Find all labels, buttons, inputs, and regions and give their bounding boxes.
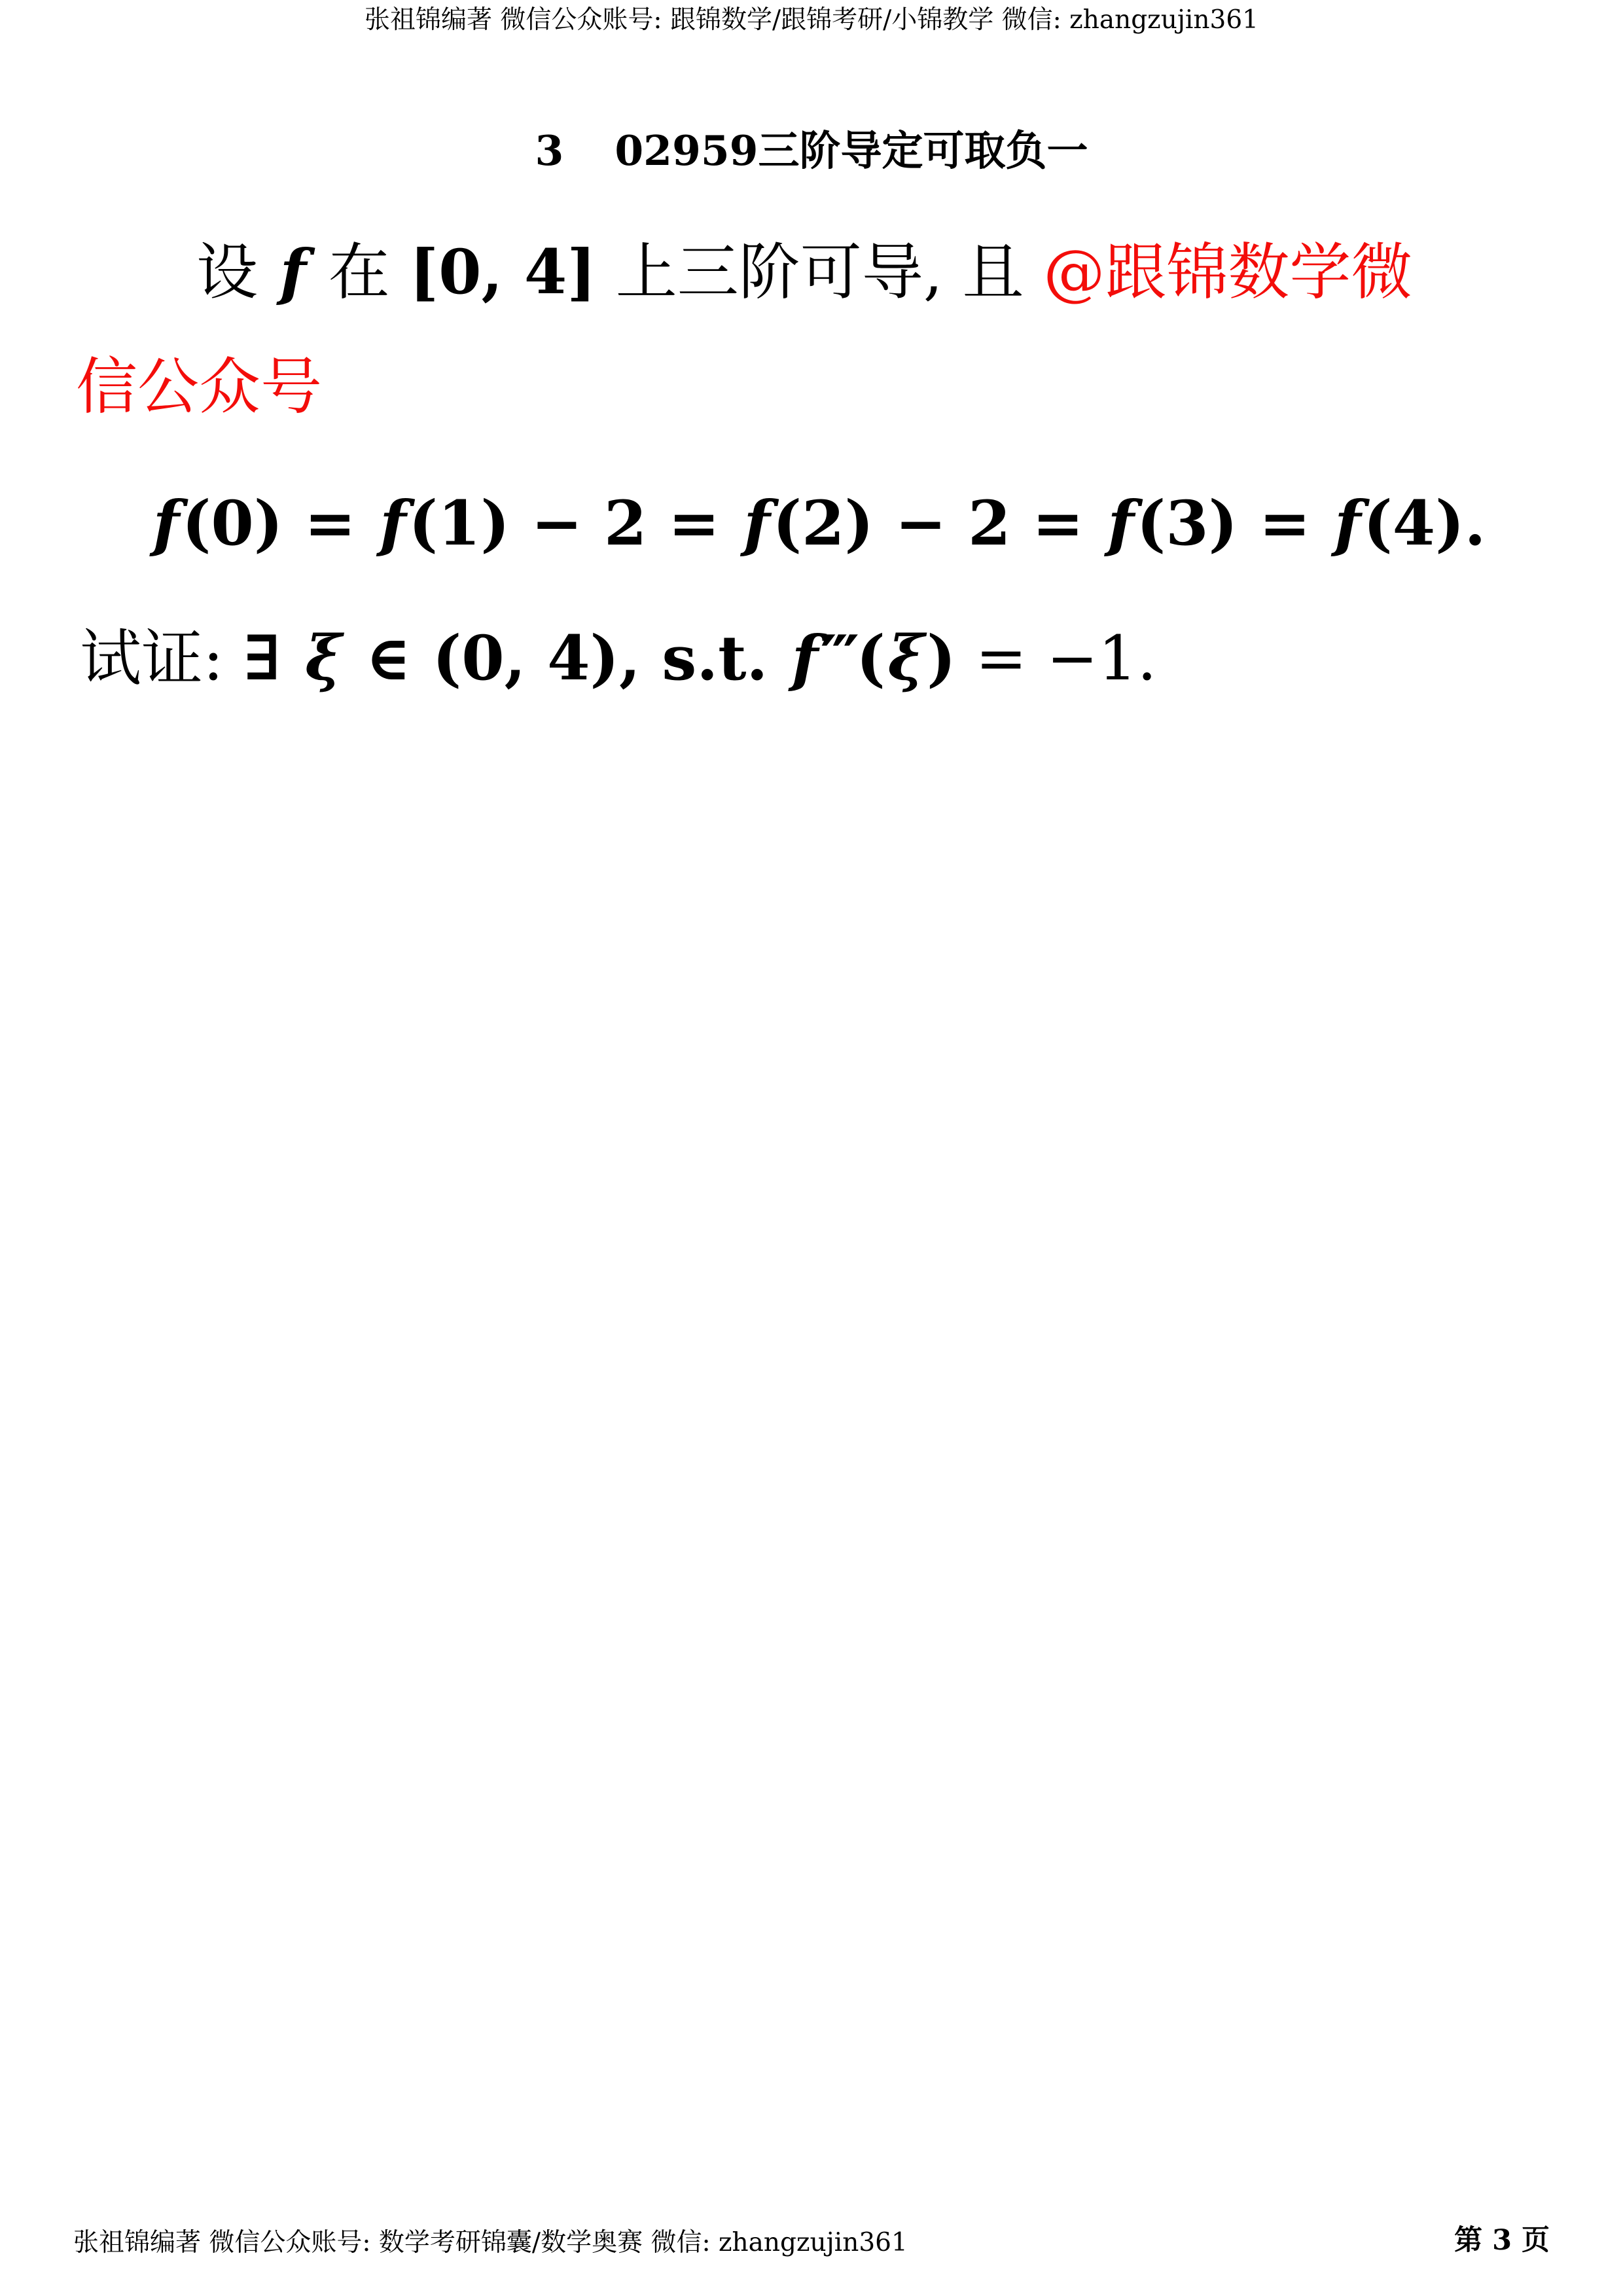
document-page: 张祖锦编著 微信公众账号: 跟锦数学/跟锦考研/小锦教学 微信: zhangzu… (0, 0, 1623, 2296)
eq-f1: f (151, 488, 182, 560)
eq-op2: − 2 = (510, 488, 741, 560)
math-xi-1: ξ (303, 622, 344, 694)
section-number: 3 (535, 126, 563, 175)
triple-prime: ‴ (821, 622, 857, 694)
rparen: ) (927, 622, 955, 694)
eq-arg4: (3) (1137, 488, 1238, 560)
math-xi-2: ξ (885, 622, 927, 694)
eq-f3: f (741, 488, 773, 560)
para-text-she: 设 (196, 237, 277, 308)
display-equation: f(0) = f(1) − 2 = f(2) − 2 = f(3) = f(4)… (151, 488, 1486, 559)
eq-f5: f (1332, 488, 1363, 560)
page-number: 第 3 页 (1454, 2225, 1550, 2256)
para-text-zai: 在 (309, 237, 410, 308)
eq-f4: f (1105, 488, 1137, 560)
exists-symbol: ∃ (243, 622, 303, 694)
page-footer-left: 张祖锦编著 微信公众账号: 数学考研锦囊/数学奥赛 微信: zhangzujin… (73, 2229, 908, 2257)
watermark-text-part2: 信公众号 (76, 351, 322, 423)
proof-tail: = −1. (956, 623, 1157, 694)
page-header: 张祖锦编著 微信公众账号: 跟锦数学/跟锦考研/小锦教学 微信: zhangzu… (0, 7, 1623, 35)
eq-arg3: (2) (773, 488, 874, 560)
math-f: f (277, 236, 309, 308)
footer-text: 张祖锦编著 微信公众账号: 数学考研锦囊/数学奥赛 微信: zhangzujin… (73, 2228, 908, 2257)
eq-f2: f (378, 488, 409, 560)
watermark-text-part1: @跟锦数学微 (1043, 237, 1412, 308)
eq-arg2: (1) (408, 488, 509, 560)
math-f-proof: f (789, 622, 821, 694)
section-title: 302959三阶导定可取负一 (0, 128, 1623, 173)
page-number-text: 第 3 页 (1454, 2224, 1550, 2257)
eq-op4: = (1238, 488, 1332, 560)
section-title-text: 02959三阶导定可取负一 (615, 126, 1088, 175)
math-interval: [0, 4] (410, 236, 596, 308)
proof-statement: 试证: ∃ ξ ∈ (0, 4), s.t. f‴(ξ) = −1. (80, 623, 1157, 694)
proof-label: 试证: (80, 623, 243, 694)
lparen: ( (856, 622, 885, 694)
eq-arg5: (4). (1363, 488, 1486, 560)
header-text: 张祖锦编著 微信公众账号: 跟锦数学/跟锦考研/小锦教学 微信: zhangzu… (365, 5, 1258, 35)
eq-arg1: (0) (182, 488, 283, 560)
paragraph-line-1: 设 f 在 [0, 4] 上三阶可导, 且 @跟锦数学微 (196, 237, 1412, 308)
eq-op1: = (283, 488, 377, 560)
proof-membership: ∈ (0, 4), s.t. (344, 622, 789, 694)
paragraph-line-2: 信公众号 (76, 352, 322, 423)
para-text-cond: 上三阶可导, 且 (596, 237, 1044, 308)
eq-op3: − 2 = (874, 488, 1105, 560)
